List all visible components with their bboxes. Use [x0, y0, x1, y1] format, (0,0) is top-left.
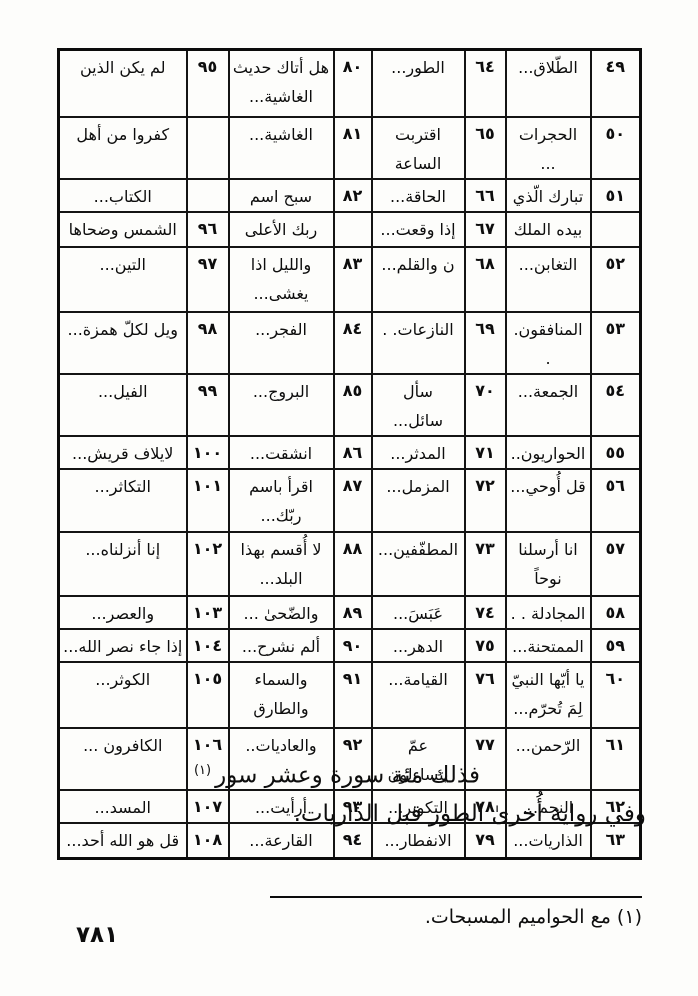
surah-name-cell: والعصر...	[59, 596, 187, 629]
surah-name-cell: المجادلة . .	[506, 596, 591, 629]
surah-number-cell: ٨٩	[334, 596, 372, 629]
surah-name-cell: بيده الملك	[506, 212, 591, 247]
surah-number-cell	[187, 117, 229, 179]
surah-number-cell: ٧٦	[465, 662, 506, 728]
surah-number-cell: ٨٠	[334, 50, 372, 117]
surah-name-cell: عَبَسَ...	[372, 596, 465, 629]
surah-number-cell: ٧٤	[465, 596, 506, 629]
surah-number-cell: ١٠٥	[187, 662, 229, 728]
surah-name-cell: الجمعة...	[506, 374, 591, 436]
surah-number-cell: ٨٣	[334, 247, 372, 312]
surah-number-cell: ٦٩	[465, 312, 506, 374]
surah-name-cell: لم يكن الذين	[59, 50, 187, 117]
surah-name-cell: هل أتاك حديث الغاشية...	[229, 50, 334, 117]
surah-number-cell: ٧٠	[465, 374, 506, 436]
table-row: بيده الملك٦٧إذا وقعت...ربك الأعلى٩٦الشمس…	[59, 212, 641, 247]
surah-name-cell: الكتاب...	[59, 179, 187, 212]
surah-number-cell: ١٠١	[187, 469, 229, 532]
surah-name-cell: والسماء والطارق	[229, 662, 334, 728]
surah-name-cell: القيامة...	[372, 662, 465, 728]
surah-name-cell: المطفّفين...	[372, 532, 465, 596]
surah-number-cell: ١٠٤	[187, 629, 229, 662]
surah-name-cell: الدهر...	[372, 629, 465, 662]
book-page: ٤٩الطّلاق...٦٤الطور...٨٠هل أتاك حديث الغ…	[0, 0, 698, 996]
surah-name-cell: ألم نشرح...	[229, 629, 334, 662]
surah-list-table: ٤٩الطّلاق...٦٤الطور...٨٠هل أتاك حديث الغ…	[57, 48, 642, 860]
surah-number-cell: ٦٨	[465, 247, 506, 312]
surah-name-cell: التين...	[59, 247, 187, 312]
surah-number-cell: ٩٦	[187, 212, 229, 247]
surah-number-cell: ٩٨	[187, 312, 229, 374]
surah-number-cell: ٥٤	[591, 374, 641, 436]
surah-name-cell: التكاثر...	[59, 469, 187, 532]
surah-name-cell: الفيل...	[59, 374, 187, 436]
surah-name-cell: المنافقون. .	[506, 312, 591, 374]
surah-name-cell: يا أيّها النبيّ لِمَ تُحرّم...	[506, 662, 591, 728]
surah-name-cell: الممتحنة...	[506, 629, 591, 662]
surah-name-cell: ربك الأعلى	[229, 212, 334, 247]
surah-number-cell: ٨٧	[334, 469, 372, 532]
surah-number-cell: ٥١	[591, 179, 641, 212]
surah-name-cell: التغابن...	[506, 247, 591, 312]
surah-name-cell: الشمس وضحاها	[59, 212, 187, 247]
surah-number-cell: ٥٩	[591, 629, 641, 662]
table-row: ٥٦قل أُوحي...٧٢المزمل...٨٧اقرأ باسم ربّك…	[59, 469, 641, 532]
surah-number-cell	[591, 212, 641, 247]
surah-number-cell: ٥٦	[591, 469, 641, 532]
surah-number-cell: ٦٦	[465, 179, 506, 212]
table-row: ٥٠الحجرات ...٦٥اقتربت الساعة٨١الغاشية...…	[59, 117, 641, 179]
surah-number-cell: ٥٧	[591, 532, 641, 596]
surah-name-cell: والليل اذا يغشى...	[229, 247, 334, 312]
table-row: ٥٤الجمعة...٧٠سأل سائل...٨٥البروج...٩٩الف…	[59, 374, 641, 436]
surah-number-cell: ٨٨	[334, 532, 372, 596]
surah-name-cell: قل أُوحي...	[506, 469, 591, 532]
page-number: ٧٨١	[76, 922, 118, 948]
surah-number-cell: ٩٩	[187, 374, 229, 436]
table-row: ٥٨المجادلة . .٧٤عَبَسَ...٨٩والضّحىٰ ...١…	[59, 596, 641, 629]
surah-number-cell: ٩١	[334, 662, 372, 728]
surah-number-cell: ٥٨	[591, 596, 641, 629]
closing-text: فذلك مئة سورة وعشر سور	[215, 763, 480, 789]
table-row: ٤٩الطّلاق...٦٤الطور...٨٠هل أتاك حديث الغ…	[59, 50, 641, 117]
surah-name-cell: لا أُقسم بهذا البلد...	[229, 532, 334, 596]
footnote-separator	[270, 896, 642, 898]
surah-name-cell: المدثر...	[372, 436, 465, 469]
table-row: ٥٩الممتحنة...٧٥الدهر...٩٠ألم نشرح...١٠٤إ…	[59, 629, 641, 662]
surah-name-cell: النازعات. .	[372, 312, 465, 374]
surah-name-cell: انا أرسلنا نوحاً	[506, 532, 591, 596]
surah-name-cell: سبح اسم	[229, 179, 334, 212]
surah-name-cell: كفروا من أهل	[59, 117, 187, 179]
surah-number-cell	[187, 179, 229, 212]
footnote: (١) مع الحواميم المسبحات.	[60, 902, 642, 932]
surah-name-cell: الطور...	[372, 50, 465, 117]
surah-name-cell: تبارك الّذي	[506, 179, 591, 212]
surah-number-cell: ٩٧	[187, 247, 229, 312]
table-row: ٥٥الحواريون..٧١المدثر...٨٦انشقت...١٠٠لاي…	[59, 436, 641, 469]
table-row: ٥٣المنافقون. .٦٩النازعات. .٨٤الفجر...٩٨و…	[59, 312, 641, 374]
surah-number-cell: ١٠٣	[187, 596, 229, 629]
surah-name-cell: إذا وقعت...	[372, 212, 465, 247]
surah-number-cell: ٧١	[465, 436, 506, 469]
surah-number-cell: ٦٤	[465, 50, 506, 117]
surah-number-cell: ٩٥	[187, 50, 229, 117]
surah-name-cell: الحواريون..	[506, 436, 591, 469]
table-row: ٦٠يا أيّها النبيّ لِمَ تُحرّم...٧٦القيام…	[59, 662, 641, 728]
surah-name-cell: الطّلاق...	[506, 50, 591, 117]
table-row: ٥٧انا أرسلنا نوحاً٧٣المطفّفين...٨٨لا أُق…	[59, 532, 641, 596]
surah-name-cell: اقرأ باسم ربّك...	[229, 469, 334, 532]
surah-number-cell: ٧٥	[465, 629, 506, 662]
surah-name-cell: اقتربت الساعة	[372, 117, 465, 179]
surah-number-cell: ٥٥	[591, 436, 641, 469]
surah-name-cell: إذا جاء نصر الله...	[59, 629, 187, 662]
surah-number-cell: ٦٧	[465, 212, 506, 247]
surah-number-cell: ٧٢	[465, 469, 506, 532]
closing-paragraph: فذلك مئة سورة وعشر سور(١)	[60, 754, 646, 793]
surah-number-cell: ٨٦	[334, 436, 372, 469]
table-row: ٥٢التغابن...٦٨ن والقلم...٨٣والليل اذا يغ…	[59, 247, 641, 312]
variant-paragraph: وفي رواية أُخرىٰ الطور قبل الذاريات.	[60, 797, 646, 831]
surah-name-cell: الغاشية...	[229, 117, 334, 179]
table-row: ٥١تبارك الّذي٦٦الحاقة...٨٢سبح اسمالكتاب.…	[59, 179, 641, 212]
surah-number-cell: ٦٥	[465, 117, 506, 179]
surah-name-cell: والضّحىٰ ...	[229, 596, 334, 629]
surah-name-cell: إنا أنزلناه...	[59, 532, 187, 596]
surah-number-cell: ٨٢	[334, 179, 372, 212]
surah-number-cell: ٨١	[334, 117, 372, 179]
surah-number-cell: ٧٣	[465, 532, 506, 596]
surah-name-cell: الحاقة...	[372, 179, 465, 212]
surah-number-cell: ٥٠	[591, 117, 641, 179]
surah-number-cell: ٥٢	[591, 247, 641, 312]
surah-number-cell: ٩٠	[334, 629, 372, 662]
surah-name-cell: ويل لكلّ همزة...	[59, 312, 187, 374]
footnote-marker: (١)	[194, 763, 211, 778]
surah-number-cell	[334, 212, 372, 247]
surah-number-cell: ٨٤	[334, 312, 372, 374]
surah-name-cell: الفجر...	[229, 312, 334, 374]
surah-name-cell: لايلاف قريش...	[59, 436, 187, 469]
surah-number-cell: ١٠٢	[187, 532, 229, 596]
surah-number-cell: ٨٥	[334, 374, 372, 436]
surah-number-cell: ١٠٠	[187, 436, 229, 469]
surah-number-cell: ٦٠	[591, 662, 641, 728]
surah-name-cell: انشقت...	[229, 436, 334, 469]
surah-number-cell: ٥٣	[591, 312, 641, 374]
surah-number-cell: ٤٩	[591, 50, 641, 117]
surah-name-cell: البروج...	[229, 374, 334, 436]
surah-name-cell: المزمل...	[372, 469, 465, 532]
surah-name-cell: الكوثر...	[59, 662, 187, 728]
surah-name-cell: سأل سائل...	[372, 374, 465, 436]
surah-name-cell: ن والقلم...	[372, 247, 465, 312]
surah-name-cell: الحجرات ...	[506, 117, 591, 179]
